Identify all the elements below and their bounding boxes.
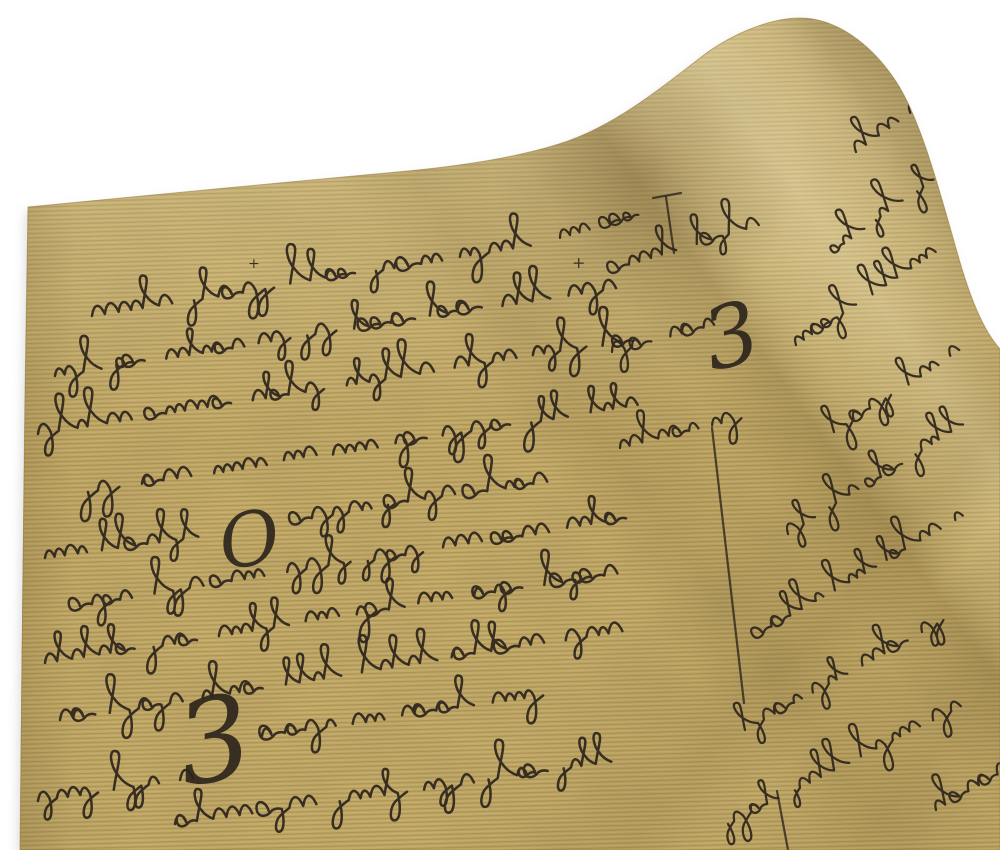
script-glyph: +	[248, 256, 260, 272]
kraft-paper-roll-photo: O33++	[0, 0, 1000, 850]
product-photo: O33++	[0, 0, 1000, 850]
script-glyph: +	[572, 253, 585, 272]
